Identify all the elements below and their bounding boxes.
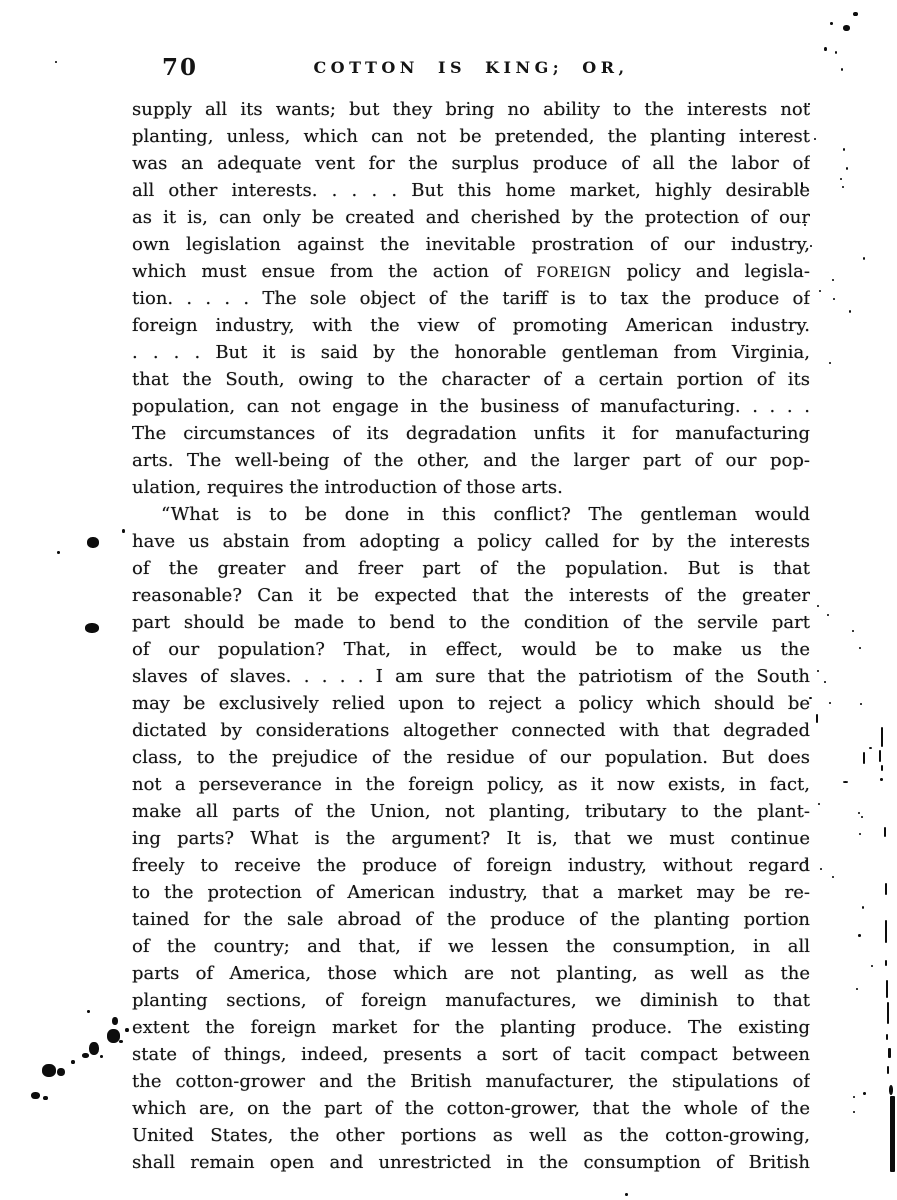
text-line: freely to receive the produce of foreign… bbox=[132, 852, 810, 879]
scan-noise-mark bbox=[852, 630, 854, 632]
text-line: may be exclusively relied upon to reject… bbox=[132, 690, 810, 717]
scan-noise-mark bbox=[853, 1111, 855, 1113]
text-line: all other interests. . . . . But this ho… bbox=[132, 177, 810, 204]
scan-noise-mark bbox=[87, 537, 99, 548]
text-line: dictated by considerations altogether co… bbox=[132, 717, 810, 744]
scan-noise-mark bbox=[89, 1042, 99, 1055]
scan-noise-mark bbox=[880, 778, 883, 781]
scan-noise-mark bbox=[843, 148, 845, 151]
scan-noise-mark bbox=[885, 920, 887, 943]
text-line: The circumstances of its degradation unf… bbox=[132, 420, 810, 447]
scan-noise-mark bbox=[846, 167, 848, 170]
scan-noise-mark bbox=[125, 1028, 129, 1032]
scan-noise-mark bbox=[849, 310, 851, 313]
text-line: “What is to be done in this conflict? Th… bbox=[132, 501, 810, 528]
scan-noise-mark bbox=[829, 362, 831, 364]
scan-noise-mark bbox=[820, 868, 822, 870]
scan-noise-mark bbox=[888, 1048, 891, 1058]
scan-noise-mark bbox=[819, 290, 821, 292]
scan-noise-mark bbox=[862, 906, 864, 909]
scan-noise-mark bbox=[860, 703, 862, 705]
text-line: ing parts? What is the argument? It is, … bbox=[132, 825, 810, 852]
scan-noise-mark bbox=[843, 25, 850, 31]
scan-noise-mark bbox=[890, 1096, 895, 1172]
scan-noise-mark bbox=[57, 1068, 65, 1076]
text-line: state of things, indeed, presents a sort… bbox=[132, 1041, 810, 1068]
scan-noise-mark bbox=[853, 1096, 855, 1098]
scan-noise-mark bbox=[886, 980, 888, 998]
text-line: of our population? That, in effect, woul… bbox=[132, 636, 810, 663]
scan-noise-mark bbox=[843, 781, 848, 783]
text-line: part should be made to bend to the condi… bbox=[132, 609, 810, 636]
text-line: parts of America, those which are not pl… bbox=[132, 960, 810, 987]
scan-noise-mark bbox=[863, 1092, 866, 1095]
text-line: as it is, can only be created and cheris… bbox=[132, 204, 810, 231]
scan-noise-mark bbox=[817, 670, 819, 672]
text-line: tion. . . . . The sole object of the tar… bbox=[132, 285, 810, 312]
scan-noise-mark bbox=[889, 1085, 893, 1095]
text-line: have us abstain from adopting a policy c… bbox=[132, 528, 810, 555]
scan-noise-mark bbox=[887, 1066, 889, 1074]
text-line: own legislation against the inevitable p… bbox=[132, 231, 810, 258]
scan-noise-mark bbox=[885, 883, 887, 895]
scan-noise-mark bbox=[71, 1060, 75, 1064]
text-line: of the greater and freer part of the pop… bbox=[132, 555, 810, 582]
scan-noise-mark bbox=[842, 186, 844, 188]
scan-noise-mark bbox=[55, 61, 57, 63]
scan-noise-mark bbox=[829, 702, 831, 704]
scan-noise-mark bbox=[85, 623, 99, 633]
text-line: . . . . But it is said by the honorable … bbox=[132, 339, 810, 366]
scan-noise-mark bbox=[625, 1193, 628, 1196]
scan-noise-mark bbox=[879, 750, 881, 762]
scan-noise-mark bbox=[107, 1029, 120, 1043]
scan-noise-mark bbox=[832, 279, 834, 281]
paragraph-1: supply all its wants; but they bring no … bbox=[132, 96, 810, 501]
scan-noise-mark bbox=[858, 934, 861, 937]
scan-noise-mark bbox=[830, 22, 833, 25]
scan-noise-mark bbox=[122, 529, 125, 533]
text-line: planting, unless, which can not be prete… bbox=[132, 123, 810, 150]
text-line: population, can not engage in the busine… bbox=[132, 393, 810, 420]
scan-noise-mark bbox=[57, 551, 60, 554]
scan-noise-mark bbox=[87, 1010, 90, 1013]
scan-noise-mark bbox=[869, 747, 872, 749]
text-line: of the country; and that, if we lessen t… bbox=[132, 933, 810, 960]
scan-noise-mark bbox=[42, 1064, 56, 1077]
scan-noise-mark bbox=[887, 1002, 889, 1024]
scan-noise-mark bbox=[824, 681, 826, 683]
text-line: foreign industry, with the view of promo… bbox=[132, 312, 810, 339]
text-line: which are, on the part of the cotton-gro… bbox=[132, 1095, 810, 1122]
scan-noise-mark bbox=[858, 812, 860, 814]
scan-noise-mark bbox=[100, 1055, 103, 1058]
scan-noise-mark bbox=[810, 245, 812, 247]
scan-noise-mark bbox=[881, 765, 883, 771]
scan-noise-mark bbox=[82, 1053, 89, 1058]
text-line: shall remain open and unrestricted in th… bbox=[132, 1149, 810, 1176]
paragraph-2: “What is to be done in this conflict? Th… bbox=[132, 501, 810, 1176]
scan-noise-mark bbox=[824, 47, 827, 51]
scan-noise-mark bbox=[833, 298, 835, 300]
scan-noise-mark bbox=[885, 960, 887, 966]
scanned-book-page: 70 COTTON IS KING; OR, supply all its wa… bbox=[0, 0, 897, 1200]
text-line: extent the foreign market for the planti… bbox=[132, 1014, 810, 1041]
scan-noise-mark bbox=[827, 614, 829, 616]
smallcaps-word: FOREIGN bbox=[536, 265, 611, 281]
scan-noise-mark bbox=[859, 647, 861, 649]
text-line: to the protection of American industry, … bbox=[132, 879, 810, 906]
scan-noise-mark bbox=[835, 51, 837, 54]
running-header: COTTON IS KING; OR, bbox=[132, 58, 810, 77]
text-line: reasonable? Can it be expected that the … bbox=[132, 582, 810, 609]
page-body: supply all its wants; but they bring no … bbox=[132, 96, 810, 1176]
scan-noise-mark bbox=[863, 257, 865, 260]
scan-noise-mark bbox=[832, 876, 834, 878]
scan-noise-mark bbox=[861, 816, 863, 818]
text-line: tained for the sale abroad of the produc… bbox=[132, 906, 810, 933]
text-line: was an adequate vent for the surplus pro… bbox=[132, 150, 810, 177]
scan-noise-mark bbox=[814, 138, 816, 140]
scan-noise-mark bbox=[856, 988, 858, 990]
scan-noise-mark bbox=[816, 714, 818, 723]
text-line: ulation, requires the introduction of th… bbox=[132, 474, 810, 501]
text-line: supply all its wants; but they bring no … bbox=[132, 96, 810, 123]
scan-noise-mark bbox=[853, 12, 858, 16]
text-line: the cotton-grower and the British manufa… bbox=[132, 1068, 810, 1095]
scan-noise-mark bbox=[859, 833, 861, 835]
scan-noise-mark bbox=[841, 68, 843, 71]
scan-noise-mark bbox=[863, 752, 865, 764]
text-line: United States, the other portions as wel… bbox=[132, 1122, 810, 1149]
scan-noise-mark bbox=[818, 803, 820, 805]
text-line: not a perseverance in the foreign policy… bbox=[132, 771, 810, 798]
scan-noise-mark bbox=[817, 605, 819, 607]
text-line: make all parts of the Union, not plantin… bbox=[132, 798, 810, 825]
text-line: slaves of slaves. . . . . I am sure that… bbox=[132, 663, 810, 690]
text-line: planting sections, of foreign manufactur… bbox=[132, 987, 810, 1014]
text-line: which must ensue from the action of FORE… bbox=[132, 258, 810, 285]
scan-noise-mark bbox=[112, 1017, 118, 1025]
text-line: that the South, owing to the character o… bbox=[132, 366, 810, 393]
scan-noise-mark bbox=[119, 1040, 123, 1043]
scan-noise-mark bbox=[840, 178, 842, 180]
scan-noise-mark bbox=[884, 827, 886, 837]
scan-noise-mark bbox=[871, 965, 873, 967]
scan-noise-mark bbox=[881, 727, 883, 747]
scan-noise-mark bbox=[43, 1096, 48, 1100]
text-line: class, to the prejudice of the residue o… bbox=[132, 744, 810, 771]
scan-noise-mark bbox=[31, 1092, 40, 1099]
scan-noise-mark bbox=[886, 1034, 888, 1040]
text-line: arts. The well-being of the other, and t… bbox=[132, 447, 810, 474]
